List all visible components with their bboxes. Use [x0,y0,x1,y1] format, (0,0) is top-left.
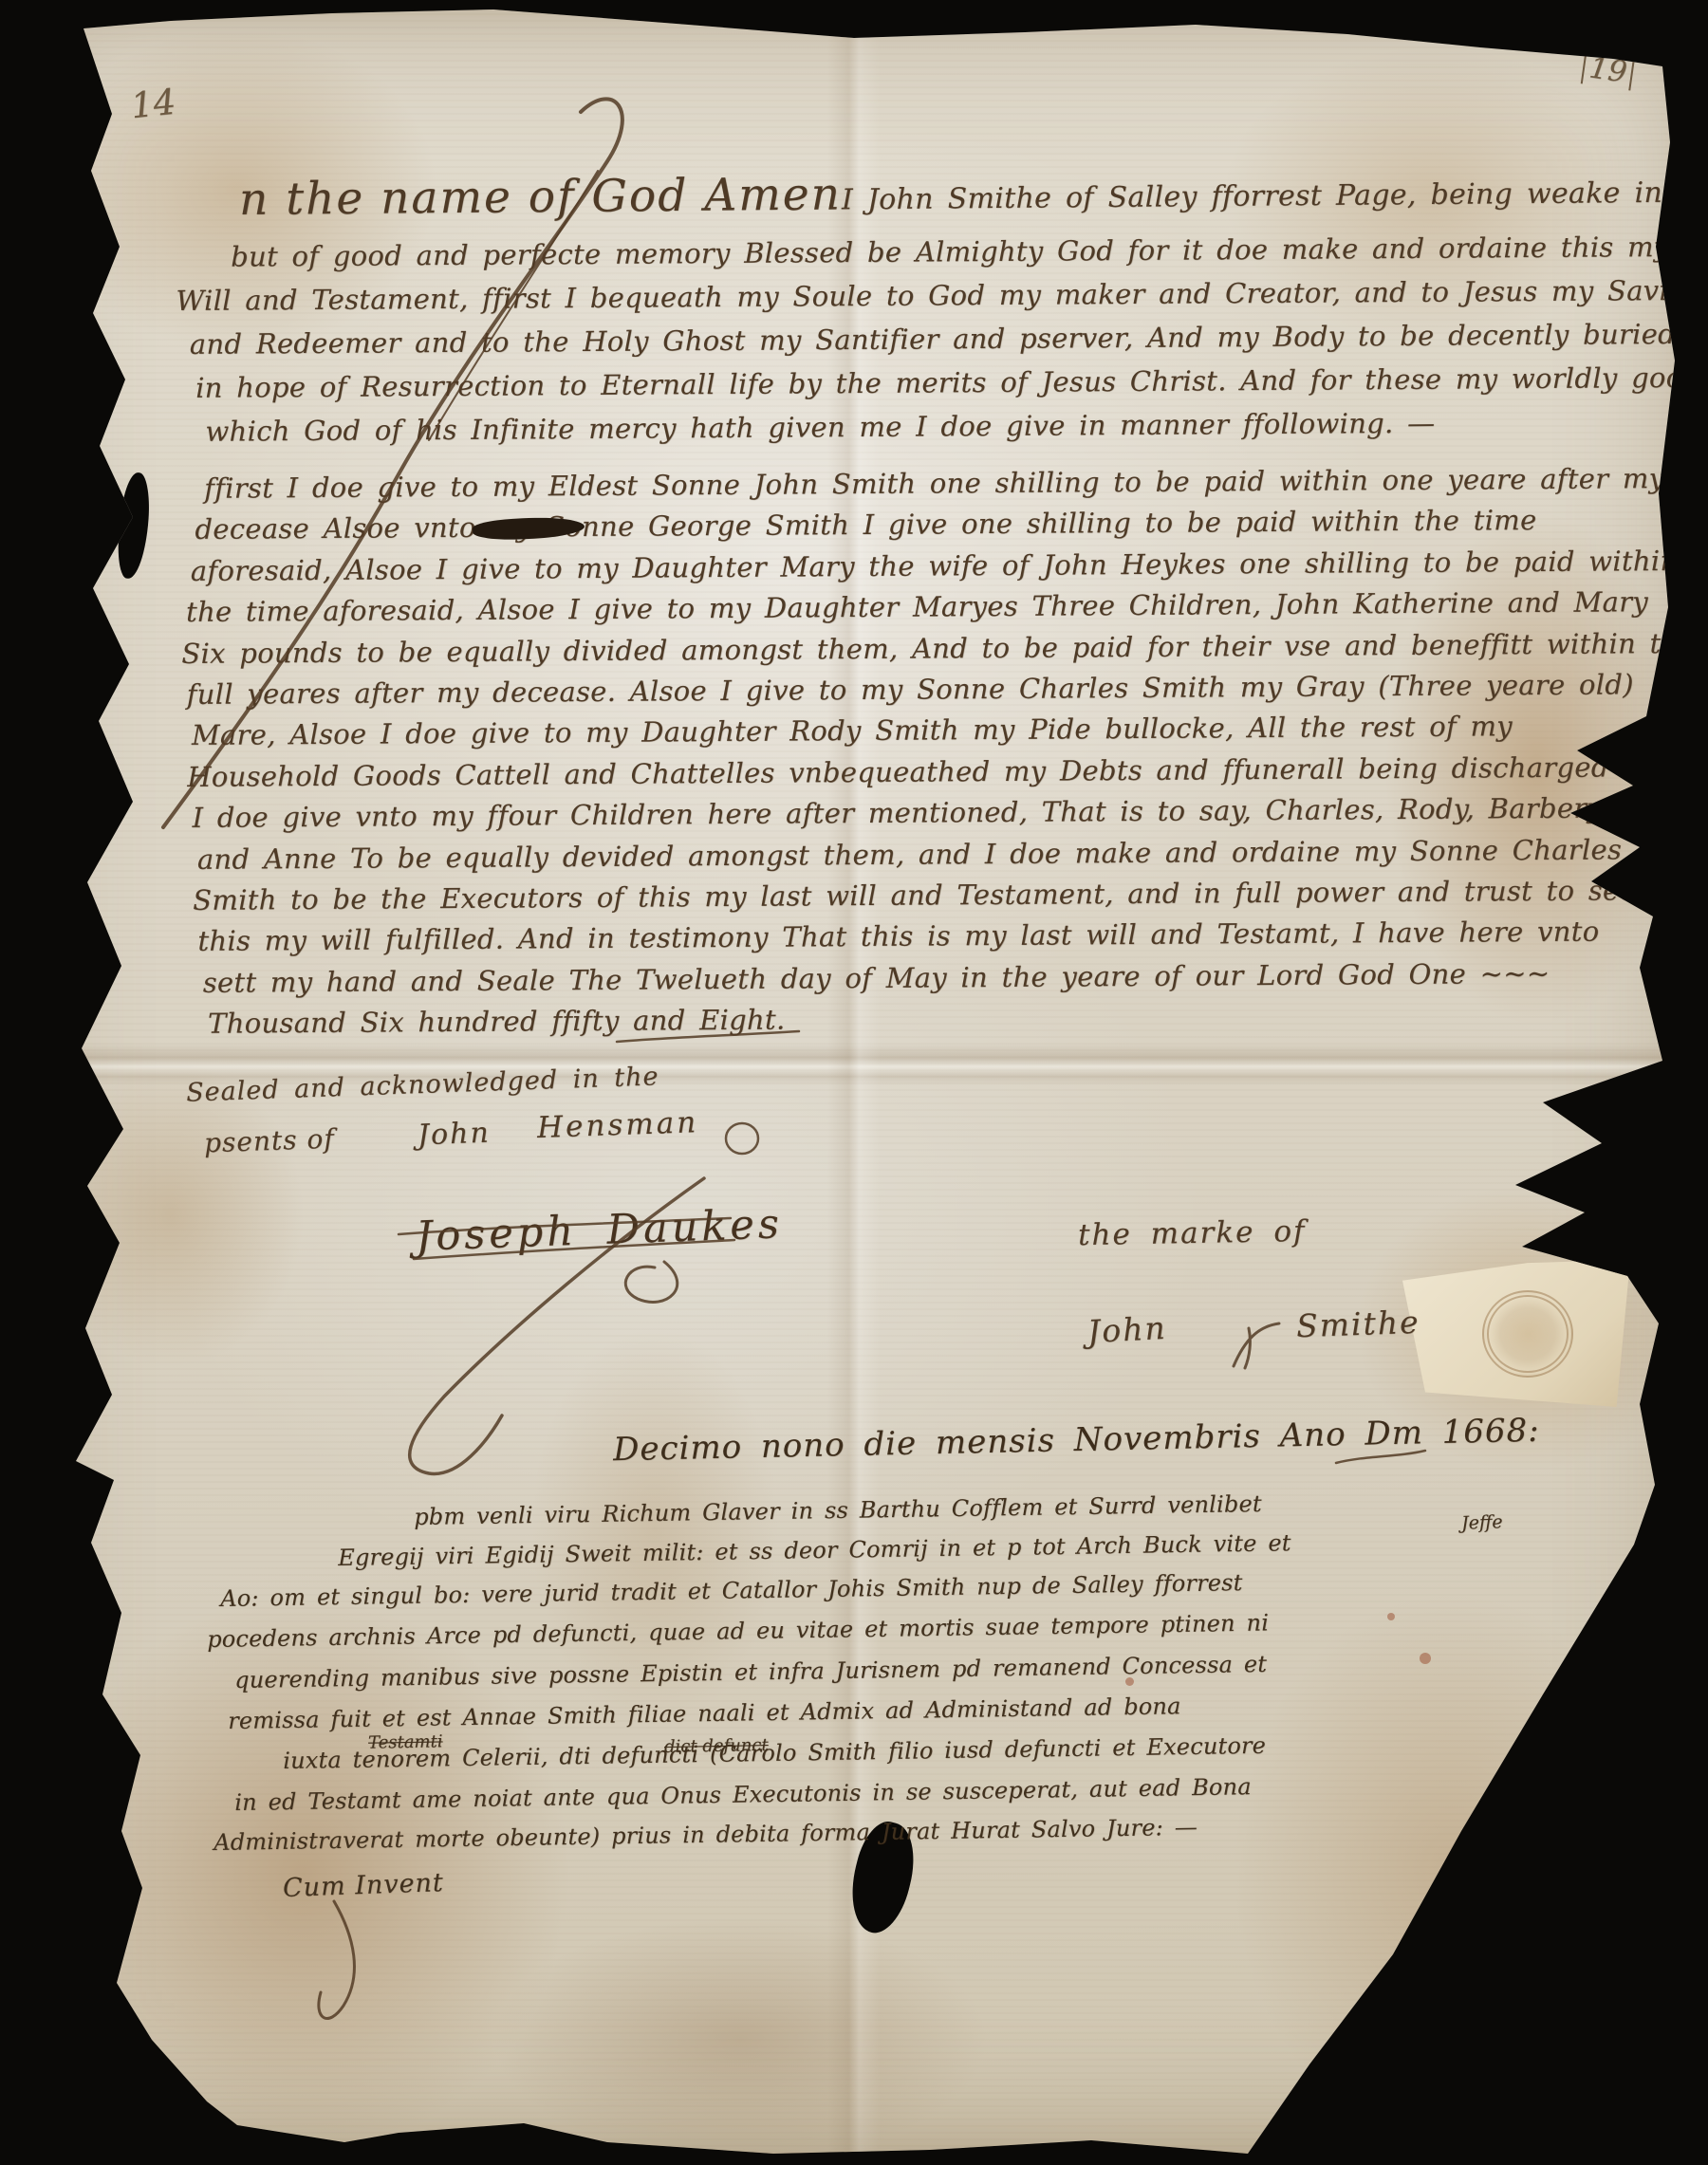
archival-corner-mark: 19 [1581,49,1636,90]
interlinear-struck-word: dict defunct [664,1735,769,1757]
folded-seal-flap [1402,1260,1630,1407]
testator-last-name: Smithe [1295,1304,1420,1345]
testator-first-name: John [1086,1309,1168,1350]
witness-hensman-last-name: Hensman [536,1105,698,1145]
ink-spot [1420,1653,1431,1664]
paper-hole [79,1548,96,1577]
mark-caption: the marke of [1078,1214,1307,1252]
photograph-stage: 14 19 n the name of God AmenI John Smith… [0,0,1708,2165]
ink-spot [1387,1613,1395,1620]
probate-closing: Cum Invent [283,1868,445,1903]
attestation-line-2: psents of [203,1123,335,1159]
opening-phrase: n the name of God Amen [239,168,842,226]
folio-number: 14 [129,82,177,127]
manuscript-paper: 14 19 n the name of God AmenI John Smith… [0,0,1708,2165]
interlinear-struck-word: Testamti [368,1731,443,1752]
wax-seal-imprint [1482,1290,1573,1378]
will-bequests: ffirst I doe give to my Eldest Sonne Joh… [180,458,1704,1045]
will-preamble: but of good and perfecte memory Blessed … [176,225,1708,453]
probate-superscript: Jeffe [1461,1511,1503,1534]
witness-hensman-first-name: John [417,1117,491,1153]
opening-continuation: I John Smithe of Salley fforrest Page, b… [842,176,1708,216]
